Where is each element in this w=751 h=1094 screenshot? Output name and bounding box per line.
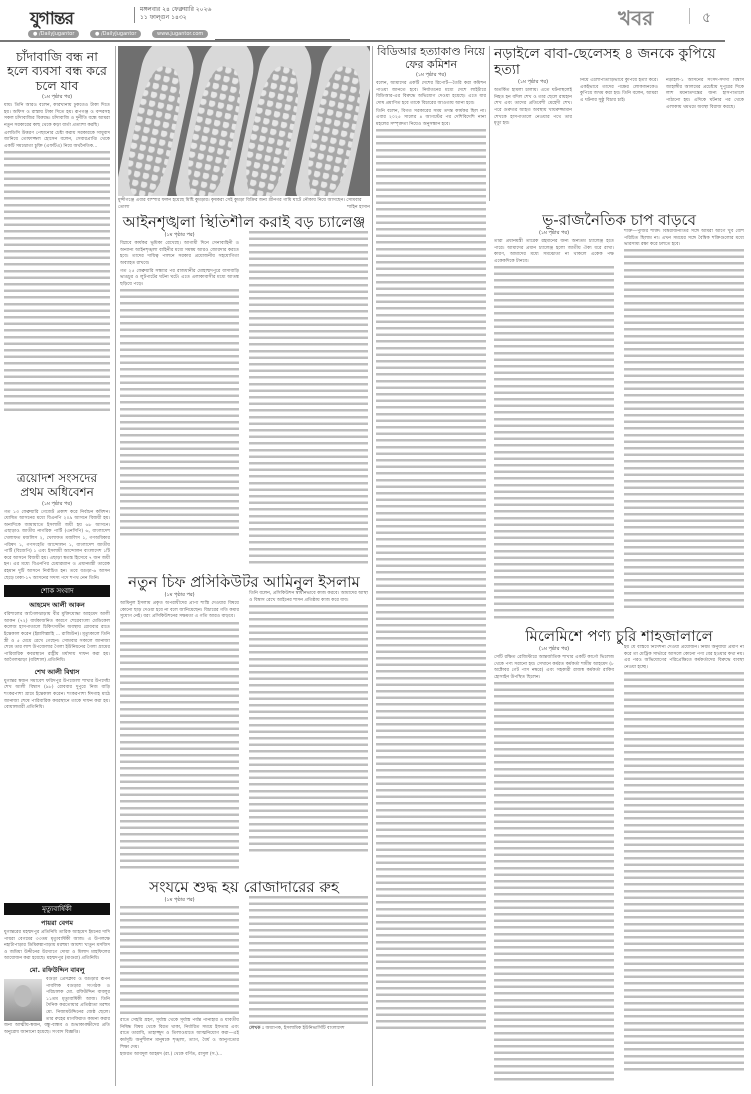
continued-from: (১ম পৃষ্ঠার পর) xyxy=(120,897,239,905)
article-chandabaji: চাঁদাবাজি বন্ধ না হলে ব্যবসা বন্ধ করে চল… xyxy=(4,46,110,466)
headline[interactable]: নতুন চিফ প্রসিকিউটর আমিনুল ইসলাম xyxy=(120,574,368,591)
article-body: গত ১৩ ফেব্রুয়ারি গেজেট প্রকাশ করে নির্ব… xyxy=(4,510,110,583)
article-body: বলেন, আমাদের একটি দেশের রিপোর্ট—তৈরি করা… xyxy=(376,81,486,1029)
text-continuation xyxy=(249,231,368,566)
article-body: যায়। তিনি আরও বলেন, কারখানায় ঢুকতেও টা… xyxy=(4,103,110,411)
obituary-name: শেখ আলী বিশ্বাস xyxy=(4,667,110,678)
divider xyxy=(689,8,690,24)
headline[interactable]: মিলেমিশে পণ্য চুরি শাহজালালে xyxy=(494,628,744,645)
headline[interactable]: বিডিআর হত্যাকাণ্ড নিয়ে ফের কমিশন xyxy=(376,46,486,71)
article-ainshrinkhala: আইনশৃঙ্খলা স্থিতিশীল করাই বড় চ্যালেঞ্জ … xyxy=(120,214,368,566)
continued-from: (১ম পৃষ্ঠার পর) xyxy=(120,232,239,240)
article-milemishe: মিলেমিশে পণ্য চুরি শাহজালালে (১ম পৃষ্ঠার… xyxy=(494,628,744,1085)
photo-caption: মুন্সীগঞ্জে এবার বাম্পার ফলন হয়েছে মিষ্… xyxy=(118,198,370,211)
headline[interactable]: ত্রয়োদশ সংসদের প্রথম অধিবেশন xyxy=(4,472,110,500)
twitter-link[interactable]: ● /DailyJugantor xyxy=(28,30,79,38)
headline[interactable]: নড়াইলে বাবা-ছেলেসহ ৪ জনকে কুপিয়ে হত্যা xyxy=(494,46,744,78)
article-body: আমিনুল ইসলাম প্রকৃত অপরাধীদের প্রাপ্য শা… xyxy=(120,601,239,869)
obituary-text: যুগান্তর স্বজন সমাবেশ ফরিদপুর উপজেলা শাখ… xyxy=(4,679,110,712)
obituary-name: আহমেদ আলী আকন xyxy=(4,600,110,611)
date-block: মঙ্গলবার ২৪ ফেব্রুয়ারি ২০২৬ ১১ ফাল্গুন … xyxy=(140,6,211,22)
article-sangjam: সংযমে শুদ্ধ হয় রোজাদারের রুহ (১ম পৃষ্ঠা… xyxy=(120,879,368,1060)
continued-from: (১ম পৃষ্ঠার পর) xyxy=(4,94,110,102)
date-gregorian: মঙ্গলবার ২৪ ফেব্রুয়ারি ২০২৬ xyxy=(140,6,211,14)
headline[interactable]: ভূ-রাজনৈতিক চাপ বাড়বে xyxy=(494,212,744,229)
obituary-section: শোক সংবাদ আহমেদ আলী আকন বরিশালের আগৈলঝাড… xyxy=(4,585,110,712)
continued-from: (১ম পৃষ্ঠার পর) xyxy=(494,79,572,87)
article-trayodash: ত্রয়োদশ সংসদের প্রথম অধিবেশন (১ম পৃষ্ঠা… xyxy=(4,472,110,582)
headline[interactable]: সংযমে শুদ্ধ হয় রোজাদারের রুহ xyxy=(120,879,368,896)
article-bdr: বিডিআর হত্যাকাণ্ড নিয়ে ফের কমিশন (১ম পৃ… xyxy=(376,46,486,1029)
obituary-text: বরিশালের আগৈলঝাড়ায় বীর মুক্তিযোদ্ধা আহ… xyxy=(4,612,110,665)
section-name: খবর xyxy=(618,4,653,37)
date-bangla: ১১ ফাল্গুন ১৪৩২ xyxy=(140,14,211,22)
death-anniversary-section: মৃত্যুবার্ষিকী পায়রা বেগম যুগান্তরের মহ… xyxy=(4,900,110,1036)
article-bhurajnoitik: ভূ-রাজনৈতিক চাপ বাড়বে (১ম পৃষ্ঠার পর) ত… xyxy=(494,212,744,619)
center-column: আইনশৃঙ্খলা স্থিতিশীল করাই বড় চ্যালেঞ্জ … xyxy=(120,214,368,1060)
column-divider xyxy=(372,46,373,1086)
section-tag: মৃত্যুবার্ষিকী xyxy=(4,903,110,915)
column-divider xyxy=(489,46,490,201)
facebook-link[interactable]: ● /DailyJugantor xyxy=(90,30,141,38)
continued-from: (১ম পৃষ্ঠার পর) xyxy=(120,592,239,600)
portrait-photo xyxy=(4,979,42,1021)
section-tag: শোক সংবাদ xyxy=(4,585,110,597)
page-number: ৫ xyxy=(702,6,711,30)
left-column: চাঁদাবাজি বন্ধ না হলে ব্যবসা বন্ধ করে চল… xyxy=(4,46,110,712)
continued-from: (১ম পৃষ্ঠার পর) xyxy=(494,646,614,654)
bdr-column: বিডিআর হত্যাকাণ্ড নিয়ে ফের কমিশন (১ম পৃ… xyxy=(376,46,486,1029)
anniversary-name: মো. রফিউদ্দিন বাবলু xyxy=(4,965,110,976)
article-narail: নড়াইলে বাবা-ছেলেসহ ৪ জনকে কুপিয়ে হত্যা… xyxy=(494,46,744,218)
article-chief-prosecutor: নতুন চিফ প্রসিকিউটর আমিনুল ইসলাম (১ম পৃষ… xyxy=(120,574,368,869)
news-photo[interactable] xyxy=(118,46,370,196)
article-body: বিপ্লবে কার্যকর ভূমিকা রেখেছে। আগামী দিন… xyxy=(120,241,239,539)
byline: অধ্যাপক, ইসলামিক ইউনিভার্সিটি বাংলাদেশ xyxy=(265,1026,344,1031)
continued-from: (১ম পৃষ্ঠার পর) xyxy=(4,501,110,509)
column-divider xyxy=(115,46,116,1086)
article-body: রাতে সেহরি গ্রহণ, সূর্যাস্ত থেকে সূর্যাস… xyxy=(120,1018,239,1059)
headline[interactable]: চাঁদাবাজি বন্ধ না হলে ব্যবসা বন্ধ করে চল… xyxy=(4,50,110,93)
top-rule xyxy=(0,40,725,42)
anniversary-name: পায়রা বেগম xyxy=(4,918,110,929)
masthead: যুগান্তর মঙ্গলবার ২৪ ফেব্রুয়ারি ২০২৬ ১১… xyxy=(0,0,751,44)
text-continuation xyxy=(4,151,110,411)
byline-label: লেখক : xyxy=(249,1026,264,1031)
anniversary-text: যুগান্তরের মহম্মদপুর প্রতিনিধি তারিক আহম… xyxy=(4,930,110,963)
divider xyxy=(134,7,135,23)
continued-from: (১ম পৃষ্ঠার পর) xyxy=(494,230,614,238)
photo-credit: শাহিন হাসান xyxy=(347,205,370,212)
website-link[interactable]: www.jugantor.com xyxy=(152,30,208,38)
headline[interactable]: আইনশৃঙ্খলা স্থিতিশীল করাই বড় চ্যালেঞ্জ xyxy=(120,214,368,231)
continued-from: (১ম পৃষ্ঠার পর) xyxy=(376,72,486,80)
